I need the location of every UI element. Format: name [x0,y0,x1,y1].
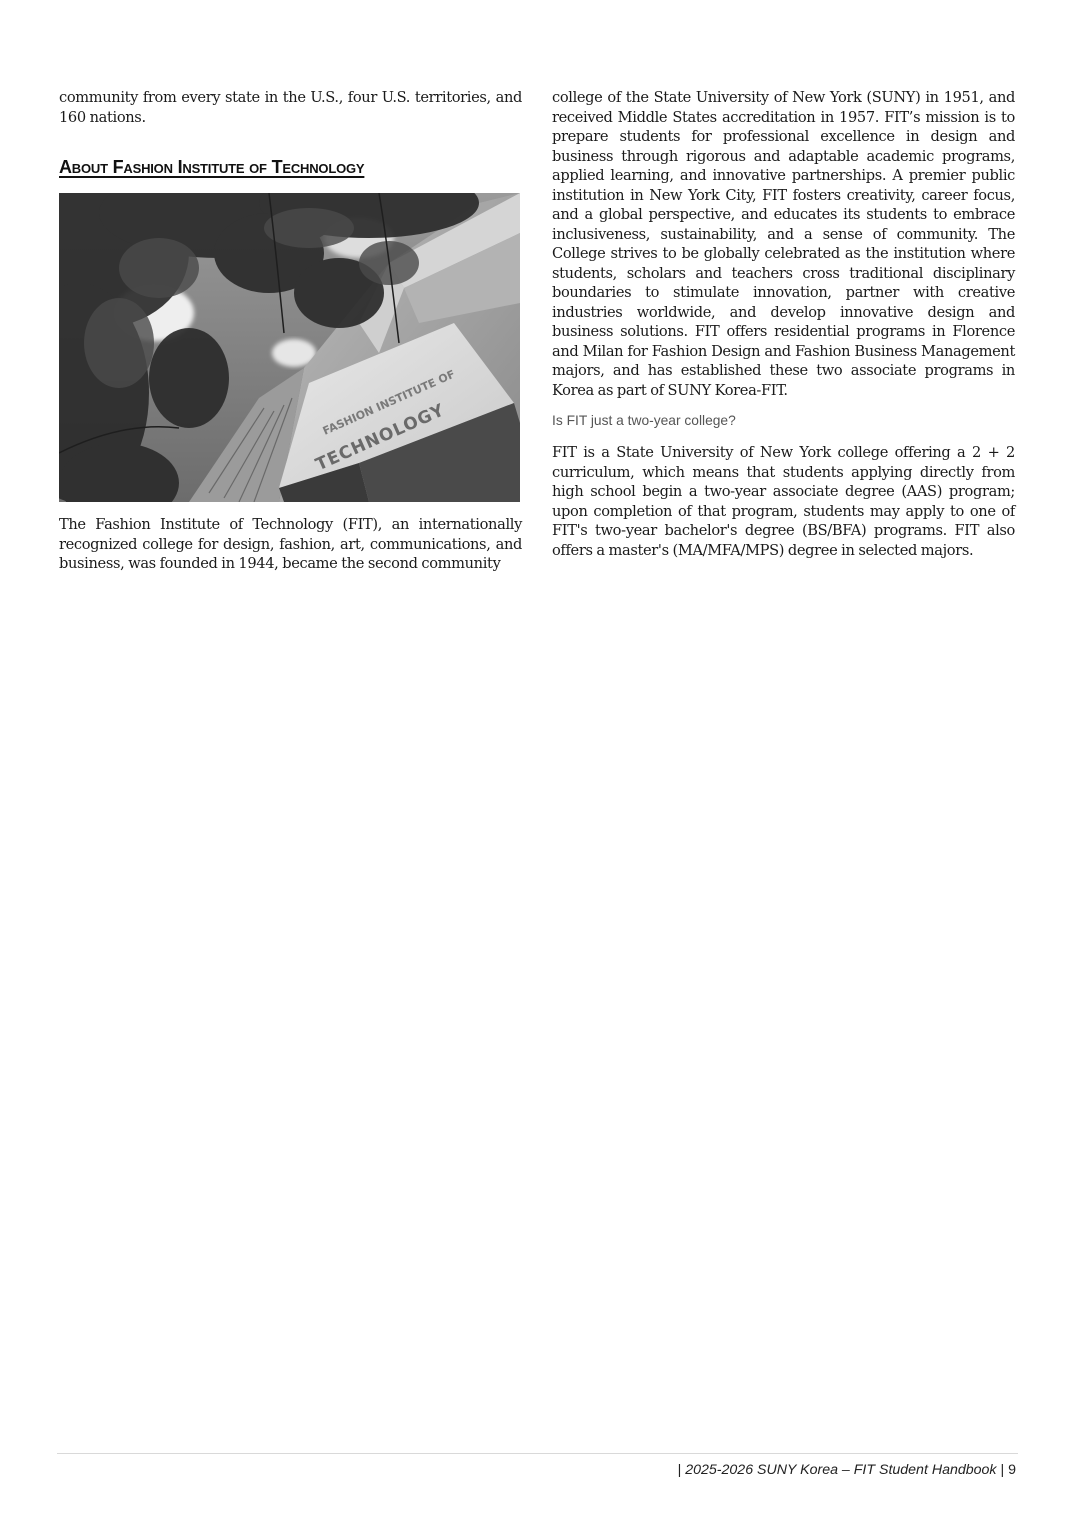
about-paragraph-start: The Fashion Institute of Technology (FIT… [59,515,522,574]
section-heading: About Fashion Institute of Technology [59,155,364,179]
faq-answer: FIT is a State University of New York co… [552,443,1015,560]
footer-separator-left: | [678,1462,682,1478]
fit-building-photo: TECHNOLOGY FASHION INSTITUTE OF [59,193,520,502]
faq-question: Is FIT just a two-year college? [552,412,1015,430]
left-column-lower: The Fashion Institute of Technology (FIT… [59,515,522,574]
page-footer: | 2025-2026 SUNY Korea – FIT Student Han… [678,1461,1016,1479]
intro-continuation-paragraph: community from every state in the U.S., … [59,88,522,127]
document-page: community from every state in the U.S., … [0,0,1075,1518]
page-number: 9 [1008,1462,1016,1478]
footer-handbook-title: 2025-2026 SUNY Korea – FIT Student Handb… [685,1462,996,1478]
photo-illustration: TECHNOLOGY FASHION INSTITUTE OF [59,193,520,502]
left-column: community from every state in the U.S., … [59,88,522,127]
right-column: college of the State University of New Y… [552,88,1015,560]
footer-divider [57,1453,1018,1454]
about-paragraph-continuation: college of the State University of New Y… [552,88,1015,400]
footer-separator-right: | [1000,1462,1004,1478]
